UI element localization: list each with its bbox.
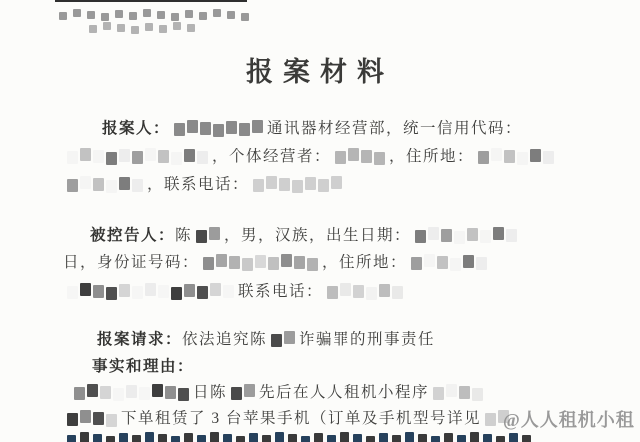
doc-text: 报案请求： [97,331,182,348]
top-edge-line [55,0,247,2]
top-redaction-row-2 [85,16,199,36]
doc-text: ，个体经营者： [212,148,331,165]
redaction-mosaic [415,229,517,242]
doc-text: 诈骗罪的刑事责任 [299,331,435,348]
report-request-line: 报案请求：依法追究陈诈骗罪的刑事责任 [97,330,435,350]
redaction-mosaic [253,178,342,191]
facts-line-1: 日陈先后在人人租机小程序 [70,383,487,403]
redaction-mosaic [433,386,483,399]
redaction-mosaic [67,412,117,425]
doc-text: 报案人： [102,120,170,137]
redaction-mosaic [196,229,220,242]
doc-text: 联系电话： [238,283,323,300]
redaction-mosaic [271,333,295,346]
doc-text: ，男，汉族，出生日期： [224,227,411,244]
accused-line-3: 联系电话： [63,282,407,302]
document-title: 报案材料 [0,50,640,89]
accused-line-2: 日，身份证号码：，住所地： [63,253,491,273]
doc-text: 日陈 [193,384,227,401]
doc-text: 先后在人人租机小程序 [259,384,429,401]
reporter-line-1: 报案人：通讯器材经营部，统一信用代码： [102,119,522,139]
doc-text: ，住所地： [389,148,474,165]
doc-text: 下单租赁了 3 台苹果手机（订单及手机型号详见 [121,410,481,427]
reporter-line-2: ，个体经营者：，住所地： [63,147,558,167]
doc-text: 日，身份证号码： [63,254,199,271]
redaction-mosaic [335,150,385,163]
facts-and-reasons-label: 事实和理由： [92,357,194,377]
redaction-mosaic [231,386,255,399]
redaction-mosaic [89,24,195,32]
doc-text: 依法追究陈 [182,331,267,348]
accused-line-1: 被控告人：陈，男，汉族，出生日期： [90,226,521,246]
facts-line-2: 下单租赁了 3 台苹果手机（订单及手机型号详见 [63,409,513,429]
doc-text: ，住所地： [322,254,407,271]
redaction-mosaic [67,434,531,442]
doc-text: 陈 [175,227,192,244]
redaction-mosaic [478,150,554,163]
reporter-line-3: ，联系电话： [63,175,346,195]
redaction-mosaic [174,122,263,135]
redaction-mosaic [67,285,234,298]
redaction-mosaic [203,256,318,269]
redaction-mosaic [67,150,208,163]
watermark-text: @人人租机小租 [503,406,635,432]
redaction-mosaic [67,178,143,191]
doc-text: 通讯器材经营部，统一信用代码： [267,120,522,137]
report-document-page: 报案材料 报案人：通讯器材经营部，统一信用代码： ，个体经营者：，住所地： ，联… [0,0,640,442]
redaction-mosaic [327,285,403,298]
redaction-mosaic [411,256,487,269]
doc-text: ，联系电话： [147,176,249,193]
doc-text: 事实和理由： [92,358,194,375]
doc-text: 被控告人： [90,227,175,244]
redaction-mosaic [74,386,189,399]
